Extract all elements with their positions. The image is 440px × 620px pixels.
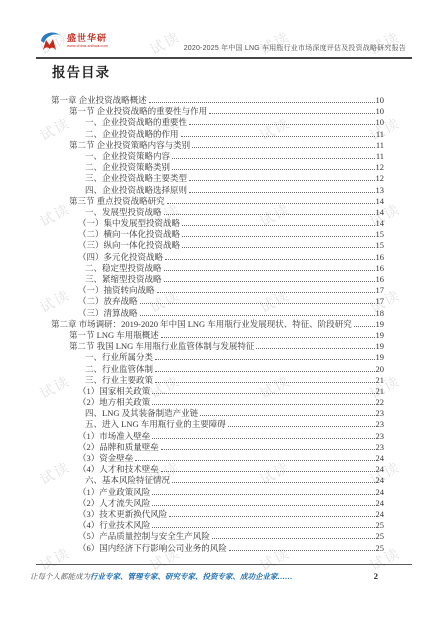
toc-entry-text: 四、LNG 及其装备制造产业链 (85, 408, 198, 419)
footer-page-number: 2 (374, 571, 378, 581)
toc-leader-dots (189, 124, 374, 125)
toc-entry-text: （一）集中发展型投资战略 (78, 218, 180, 229)
toc-leader-dots (182, 225, 374, 226)
toc-leader-dots (135, 460, 374, 461)
report-title: 2020-2025 年中国 LNG 车用瓶行业市场深度评估及投资战略研究报告 (184, 43, 406, 53)
toc-leader-dots (256, 348, 374, 349)
toc-entry: （4）行业技术风险 25 (36, 520, 384, 531)
toc-entry-page: 16 (376, 263, 385, 274)
toc-entry: 二、行业监管体制 20 (36, 364, 384, 375)
toc-leader-dots (152, 393, 374, 394)
toc-leader-dots (152, 404, 374, 405)
toc-entry: 三、企业投资战略主要类型 12 (36, 173, 384, 184)
toc-entry-page: 21 (376, 386, 385, 397)
toc-leader-dots (155, 371, 374, 372)
toc-leader-dots (161, 471, 375, 472)
toc-entry: （5）产品质量控制与安全生产风险 25 (36, 531, 384, 542)
brand-url: www.china-shihua.com (67, 44, 108, 48)
toc-entry: 第二章 市场调研：2019-2020 年中国 LNG 车用瓶行业发展现状、特征、… (36, 319, 384, 330)
brand-logo-icon (38, 29, 64, 53)
toc-entry: 四、LNG 及其装备制造产业链 23 (36, 408, 384, 419)
toc-leader-dots (161, 337, 375, 338)
toc-entry-text: 二、企业投资策略类别 (85, 162, 170, 173)
toc-leader-dots (169, 516, 374, 517)
brand-name: 盛世华研 (67, 34, 108, 43)
toc-entry-text: （四）多元化投资战略 (78, 252, 163, 263)
toc-entry-text: 二、行业监管体制 (85, 364, 153, 375)
toc-leader-dots (164, 281, 375, 282)
toc-entry: 三、行业主要政策 21 (36, 375, 384, 386)
toc-entry-text: 第二节 我国 LNG 车用瓶行业监管体制与发展特征 (69, 341, 254, 352)
toc-entry-page: 20 (376, 364, 385, 375)
toc-entry: 一、企业投资战略的重要性 10 (36, 117, 384, 128)
footer-slogan-highlight: 行业专家、管理专家、研究专家、投资专家、成功企业家…… (90, 571, 293, 582)
toc-leader-dots (155, 382, 374, 383)
toc-leader-dots (354, 326, 375, 327)
toc-entry-text: 二、企业投资战略的作用 (85, 129, 179, 140)
toc-entry-page: 24 (376, 498, 385, 509)
toc-entry-text: 第三节 重点投资战略研究 (69, 196, 165, 207)
toc-entry: （3）资金壁垒 24 (36, 453, 384, 464)
toc-entry-page: 10 (376, 95, 385, 106)
toc-entry-page: 24 (376, 464, 385, 475)
toc-entry: 第三节 重点投资战略研究 14 (36, 196, 384, 207)
toc-entry-text: 第二章 市场调研：2019-2020 年中国 LNG 车用瓶行业发展现状、特征、… (51, 319, 352, 330)
toc-leader-dots (164, 270, 375, 271)
toc-entry: （三）纵向一体化投资战略 15 (36, 240, 384, 251)
toc-entry-page: 23 (376, 419, 385, 430)
toc-entry-page: 17 (376, 285, 385, 296)
toc-entry: （2）地方相关政策 22 (36, 397, 384, 408)
toc-entry: 二、企业投资策略类别 12 (36, 162, 384, 173)
toc-entry-page: 21 (376, 375, 385, 386)
toc-entry-page: 19 (376, 352, 385, 363)
toc-entry: （一）集中发展型投资战略 14 (36, 218, 384, 229)
toc-entry-page: 25 (376, 543, 385, 554)
toc-entry-text: （5）产品质量控制与安全生产风险 (78, 531, 210, 542)
toc-entry-page: 11 (376, 140, 384, 151)
toc-entry: 二、企业投资战略的作用 11 (36, 129, 384, 140)
toc-leader-dots (167, 203, 375, 204)
toc-entry-page: 13 (376, 185, 385, 196)
toc-entry-text: 五、进入 LNG 车用瓶行业的主要障碍 (85, 419, 226, 430)
toc-entry-text: （1）市场准入壁垒 (78, 431, 150, 442)
toc-entry: （2）人才流失风险 24 (36, 498, 384, 509)
toc-leader-dots (182, 236, 374, 237)
toc-entry-text: 一、企业投资策略内容 (85, 151, 170, 162)
toc-entry: 第二节 企业投资策略内容与类别 11 (36, 140, 384, 151)
toc-entry-text: （一）抽资转向战略 (78, 285, 155, 296)
toc-entry-text: 一、行业所属分类 (85, 352, 153, 363)
toc-entry-page: 23 (376, 431, 385, 442)
toc-entry-page: 23 (376, 408, 385, 419)
toc-entry: （二）放弃战略 17 (36, 296, 384, 307)
toc-entry-page: 17 (376, 296, 385, 307)
toc-entry-text: （4）人才和技术壁垒 (78, 464, 159, 475)
toc-entry-text: （1）产业政策风险 (78, 487, 150, 498)
toc-entry-text: （4）行业技术风险 (78, 520, 150, 531)
toc-entry-text: （2）品牌和质量壁垒 (78, 442, 159, 453)
toc-entry: （1）市场准入壁垒 23 (36, 431, 384, 442)
toc-entry-page: 25 (376, 531, 385, 542)
page-header: 盛世华研 www.china-shihua.com 2020-2025 年中国 … (36, 26, 412, 59)
toc-entry-page: 16 (376, 252, 385, 263)
toc-leader-dots (161, 449, 375, 450)
toc-leader-dots (152, 494, 374, 495)
toc-entry-page: 25 (376, 520, 385, 531)
toc-entry-text: 三、紧缩型投资战略 (85, 274, 162, 285)
toc-entry-page: 12 (376, 162, 385, 173)
toc-entry-page: 24 (376, 509, 385, 520)
page-footer: 让每个人都能成为 行业专家、管理专家、研究专家、投资专家、成功企业家…… 2 (30, 571, 378, 582)
footer-divider (36, 564, 412, 565)
toc-leader-dots (189, 192, 374, 193)
toc-entry-text: （3）资金壁垒 (78, 453, 133, 464)
toc-entry: （1）国家相关政策 21 (36, 386, 384, 397)
toc-entry-page: 15 (376, 240, 385, 251)
toc-leader-dots (149, 102, 375, 103)
toc-entry: 一、发展型投资战略 14 (36, 207, 384, 218)
toc-leader-dots (152, 438, 374, 439)
toc-leader-dots (157, 292, 375, 293)
toc-entry: 五、进入 LNG 车用瓶行业的主要障碍 23 (36, 419, 384, 430)
toc-entry-page: 16 (376, 274, 385, 285)
toc-entry-text: （1）国家相关政策 (78, 386, 150, 397)
toc-entry-page: 14 (376, 218, 385, 229)
toc-leader-dots (182, 247, 374, 248)
toc-entry-page: 18 (376, 308, 385, 319)
toc-entry-page: 24 (376, 487, 385, 498)
toc-leader-dots (172, 169, 374, 170)
toc-entry: 第二节 我国 LNG 车用瓶行业监管体制与发展特征 19 (36, 341, 384, 352)
footer-slogan-prefix: 让每个人都能成为 (30, 571, 90, 582)
toc-entry-text: （三）清算战略 (78, 308, 138, 319)
toc-entry-text: 第一节 企业投资战略的重要性与作用 (69, 106, 207, 117)
toc-leader-dots (228, 426, 375, 427)
toc-entry-page: 19 (376, 319, 385, 330)
toc-entry-page: 19 (376, 341, 385, 352)
page-title: 报告目录 (52, 61, 110, 81)
toc-entry-text: 第一章 企业投资战略概述 (51, 95, 147, 106)
toc-leader-dots (212, 538, 375, 539)
toc-leader-dots (229, 550, 375, 551)
toc-entry: 二、稳定型投资战略 16 (36, 263, 384, 274)
toc-entry: （1）产业政策风险 24 (36, 487, 384, 498)
toc-entry-page: 19 (376, 330, 385, 341)
toc-entry-text: （2）地方相关政策 (78, 397, 150, 408)
toc-leader-dots (192, 147, 375, 148)
toc-entry: 一、行业所属分类 19 (36, 352, 384, 363)
toc-leader-dots (140, 303, 375, 304)
toc-entry-text: （2）人才流失风险 (78, 498, 150, 509)
toc-entry-text: （3）技术更新换代风险 (78, 509, 167, 520)
toc-leader-dots (200, 415, 374, 416)
toc-entry: （二）横向一体化投资战略 15 (36, 229, 384, 240)
toc-entry-page: 24 (376, 453, 385, 464)
toc-entry-page: 11 (376, 151, 384, 162)
toc-entry-text: 第二节 企业投资策略内容与类别 (69, 140, 190, 151)
toc-entry-page: 11 (376, 129, 384, 140)
toc-entry-text: 六、基本风险特征情况 (85, 475, 170, 486)
toc-entry-page: 12 (376, 173, 385, 184)
toc-entry-text: 二、稳定型投资战略 (85, 263, 162, 274)
toc-entry: 六、基本风险特征情况 24 (36, 475, 384, 486)
toc-entry: （2）品牌和质量壁垒 23 (36, 442, 384, 453)
toc-leader-dots (165, 259, 374, 260)
toc-leader-dots (164, 214, 375, 215)
toc-entry-text: 三、企业投资战略主要类型 (85, 173, 187, 184)
toc-leader-dots (172, 158, 375, 159)
toc-entry-page: 24 (376, 475, 385, 486)
toc-entry: 第一章 企业投资战略概述 10 (36, 95, 384, 106)
toc-entry-text: 三、行业主要政策 (85, 375, 153, 386)
toc-leader-dots (209, 113, 374, 114)
toc-list: 第一章 企业投资战略概述 10 第一节 企业投资战略的重要性与作用 10 一、企… (36, 95, 384, 554)
brand-logo: 盛世华研 www.china-shihua.com (38, 29, 108, 53)
toc-entry: （三）清算战略 18 (36, 308, 384, 319)
toc-entry-page: 10 (376, 117, 385, 128)
toc-entry: （4）人才和技术壁垒 24 (36, 464, 384, 475)
toc-entry-text: 第一节 LNG 车用瓶概述 (69, 330, 159, 341)
toc-entry: （3）技术更新换代风险 24 (36, 509, 384, 520)
document-page: 试读试读试读试读试读试读试读试读试读试读试读试读试读试读试读试读试读试读试读试读… (0, 0, 440, 620)
toc-entry-text: （6）国内经济下行影响公司业务的风险 (78, 543, 227, 554)
toc-entry: 第一节 企业投资战略的重要性与作用 10 (36, 106, 384, 117)
toc-leader-dots (152, 505, 374, 506)
toc-leader-dots (189, 180, 374, 181)
toc-entry: 三、紧缩型投资战略 16 (36, 274, 384, 285)
toc-entry-page: 15 (376, 229, 385, 240)
toc-leader-dots (181, 136, 375, 137)
toc-entry-text: 一、企业投资战略的重要性 (85, 117, 187, 128)
toc-leader-dots (155, 359, 374, 360)
toc-entry-page: 22 (376, 397, 385, 408)
toc-leader-dots (152, 527, 374, 528)
toc-entry-page: 10 (376, 106, 385, 117)
toc-entry-page: 14 (376, 196, 385, 207)
toc-entry-text: （二）放弃战略 (78, 296, 138, 307)
toc-entry-page: 14 (376, 207, 385, 218)
toc-entry-page: 23 (376, 442, 385, 453)
toc-entry: 四、企业投资战略选择原则 13 (36, 185, 384, 196)
toc-entry: 第一节 LNG 车用瓶概述 19 (36, 330, 384, 341)
toc-entry-text: 四、企业投资战略选择原则 (85, 185, 187, 196)
toc-entry: （6）国内经济下行影响公司业务的风险 25 (36, 543, 384, 554)
toc-entry: （四）多元化投资战略 16 (36, 252, 384, 263)
toc-entry-text: （二）横向一体化投资战略 (78, 229, 180, 240)
toc-entry-text: （三）纵向一体化投资战略 (78, 240, 180, 251)
toc-leader-dots (140, 315, 375, 316)
toc-leader-dots (172, 482, 374, 483)
brand-logo-text: 盛世华研 www.china-shihua.com (67, 34, 108, 48)
toc-entry: 一、企业投资策略内容 11 (36, 151, 384, 162)
toc-entry: （一）抽资转向战略 17 (36, 285, 384, 296)
toc-entry-text: 一、发展型投资战略 (85, 207, 162, 218)
